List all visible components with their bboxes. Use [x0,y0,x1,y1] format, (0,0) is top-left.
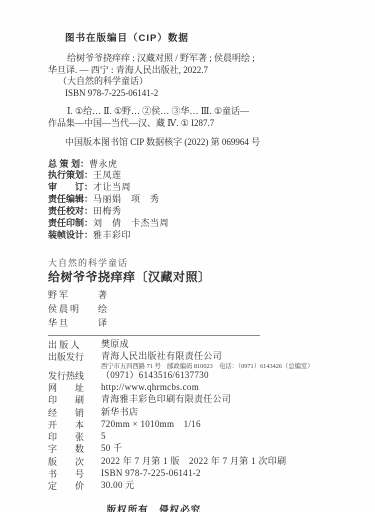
credit-row: 侯晨明绘 [48,302,353,316]
staff-person-name: 曹永虎 [89,159,118,169]
credit-role: 著 [98,288,107,302]
staff-row: 责任校对：田梅秀 [48,206,353,218]
colophon-row: 字 数 50 千 [48,443,353,455]
colophon-row: 网 址 http://www.qhrmcbs.com [48,382,353,394]
publisher-address-note: 西宁市五四西路 71 号 邮政编码 810023 电话：（0971）614342… [101,363,353,370]
colophon-row: 定 价 30.00 元 [48,480,353,492]
staff-person-name: 马丽娟 项 秀 [93,194,160,204]
colophon-field-label: 版 次 [48,456,92,468]
credit-role: 译 [98,316,107,330]
cip-record: 给树爷爷挠痒痒 : 汉藏对照 / 野军著 ; 侯晨明绘 ; 华旦译. — 西宁 … [48,53,353,99]
colophon-row: 印 刷 青海雅丰彩色印刷有限责任公司 [48,394,353,406]
colophon-row: 印 张 5 [48,431,353,443]
colophon-row: 开 本 720mm × 1010mm 1/16 [48,419,353,431]
colophon-field-value: http://www.qhrmcbs.com [101,382,353,394]
colophon-row: 经 销 新华书店 [48,407,353,419]
credit-row: 华旦译 [48,316,353,330]
colophon-field-label: 网 址 [48,382,92,394]
credit-role: 绘 [98,302,107,316]
staff-person-name: 才让当周 [93,182,131,192]
colophon-field-value: 青海雅丰彩色印刷有限责任公司 [101,394,353,406]
series-label: 大自然的科学童话 [48,257,353,269]
colophon-field-label: 书 号 [48,468,92,480]
staff-role-label: 执行策划： [48,170,93,180]
staff-person-name: 田梅秀 [93,206,122,216]
colophon-field-value: 5 [101,431,353,443]
staff-person-name: 刘 倩 卡杰当周 [93,218,169,228]
cip-series-note: （大自然的科学童话） [48,76,353,88]
title-block: 大自然的科学童话 给树爷爷挠痒痒〔汉藏对照〕 野军著 侯晨明绘 华旦译 [48,257,353,330]
colophon-field-value: （0971）6143516/6137730 [101,370,353,382]
colophon-field-label: 经 销 [48,407,92,419]
staff-role-label: 责任印制： [48,218,93,228]
colophon-field-value: ISBN 978-7-225-06141-2 [101,468,353,480]
staff-person-name: 王凤莲 [93,170,122,180]
colophon-section: 出 版 人 樊原成 出版发行 青海人民出版社有限责任公司 西宁市五四西路 71 … [48,339,353,493]
staff-role-label: 责任校对： [48,206,93,216]
colophon-row: 出版发行 青海人民出版社有限责任公司 西宁市五四西路 71 号 邮政编码 810… [48,351,353,370]
colophon-row: 书 号 ISBN 978-7-225-06141-2 [48,468,353,480]
cip-section: 图书在版编目（CIP）数据 给树爷爷挠痒痒 : 汉藏对照 / 野军著 ; 侯晨明… [48,30,353,149]
cip-registry-number: 中国版本图书馆 CIP 数据核字 (2022) 第 069964 号 [48,137,353,149]
cip-record-line1: 给树爷爷挠痒痒 : 汉藏对照 / 野军著 ; 侯晨明绘 ; [48,53,353,65]
cip-class-line2: 作品集—中国—当代—汉、藏 Ⅳ. ① I287.7 [48,118,353,130]
staff-row: 责任印制：刘 倩 卡杰当周 [48,218,353,230]
copyright-notice: 版权所有 侵权必究 [48,502,260,512]
colophon-field-label: 出 版 人 [48,339,92,351]
colophon-field-value: 新华书店 [101,407,353,419]
colophon-row: 出 版 人 樊原成 [48,339,353,351]
colophon-field-label: 印 刷 [48,394,92,406]
colophon-row: 发行热线 （0971）6143516/6137730 [48,370,353,382]
credits-list: 野军著 侯晨明绘 华旦译 [48,288,353,330]
staff-row: 总 策 划：曹永虎 [48,159,353,171]
staff-role-label: 装帧设计： [48,230,93,240]
staff-row: 执行策划：王凤莲 [48,170,353,182]
colophon-row: 版 次 2022 年 7 月第 1 版 2022 年 7 月第 1 次印刷 [48,456,353,468]
staff-role-label: 责任编辑： [48,194,93,204]
colophon-field-value: 樊原成 [101,339,353,351]
staff-row: 装帧设计：雅丰彩印 [48,230,353,242]
staff-row: 责任编辑：马丽娟 项 秀 [48,194,353,206]
copyright-page: 图书在版编目（CIP）数据 给树爷爷挠痒痒 : 汉藏对照 / 野军著 ; 侯晨明… [0,0,375,512]
divider-line [48,335,260,336]
colophon-field-label: 印 张 [48,431,92,443]
colophon-field-label: 发行热线 [48,370,92,382]
credit-row: 野军著 [48,288,353,302]
cip-isbn: ISBN 978-7-225-06141-2 [48,88,353,100]
colophon-field-label: 字 数 [48,443,92,455]
colophon-field-label: 开 本 [48,419,92,431]
book-title: 给树爷爷挠痒痒〔汉藏对照〕 [48,269,353,286]
credit-name: 侯晨明 [48,302,98,316]
colophon-field-value: 2022 年 7 月第 1 版 2022 年 7 月第 1 次印刷 [101,456,353,468]
staff-row: 审 订：才让当周 [48,182,353,194]
colophon-field-value: 青海人民出版社有限责任公司 [101,351,353,363]
colophon-field-value: 30.00 元 [101,480,353,492]
colophon-field-value: 50 千 [101,443,353,455]
credit-name: 野军 [48,288,98,302]
staff-role-label: 审 订： [48,182,93,192]
cip-class-line1: Ⅰ. ①给… Ⅱ. ①野… ②侯… ③华… Ⅲ. ①童话— [48,106,353,118]
credit-name: 华旦 [48,316,98,330]
cip-classification: Ⅰ. ①给… Ⅱ. ①野… ②侯… ③华… Ⅲ. ①童话— 作品集—中国—当代—… [48,106,353,129]
colophon-field-value: 720mm × 1010mm 1/16 [101,419,353,431]
cip-record-line2: 华旦译. — 西宁 : 青海人民出版社, 2022.7 [48,65,353,77]
cip-heading: 图书在版编目（CIP）数据 [48,30,353,44]
staff-person-name: 雅丰彩印 [93,230,131,240]
colophon-field-label: 出版发行 [48,351,92,370]
staff-section: 总 策 划：曹永虎 执行策划：王凤莲 审 订：才让当周 责任编辑：马丽娟 项 秀… [48,159,353,242]
colophon-field-label: 定 价 [48,480,92,492]
staff-role-label: 总 策 划： [48,159,89,169]
